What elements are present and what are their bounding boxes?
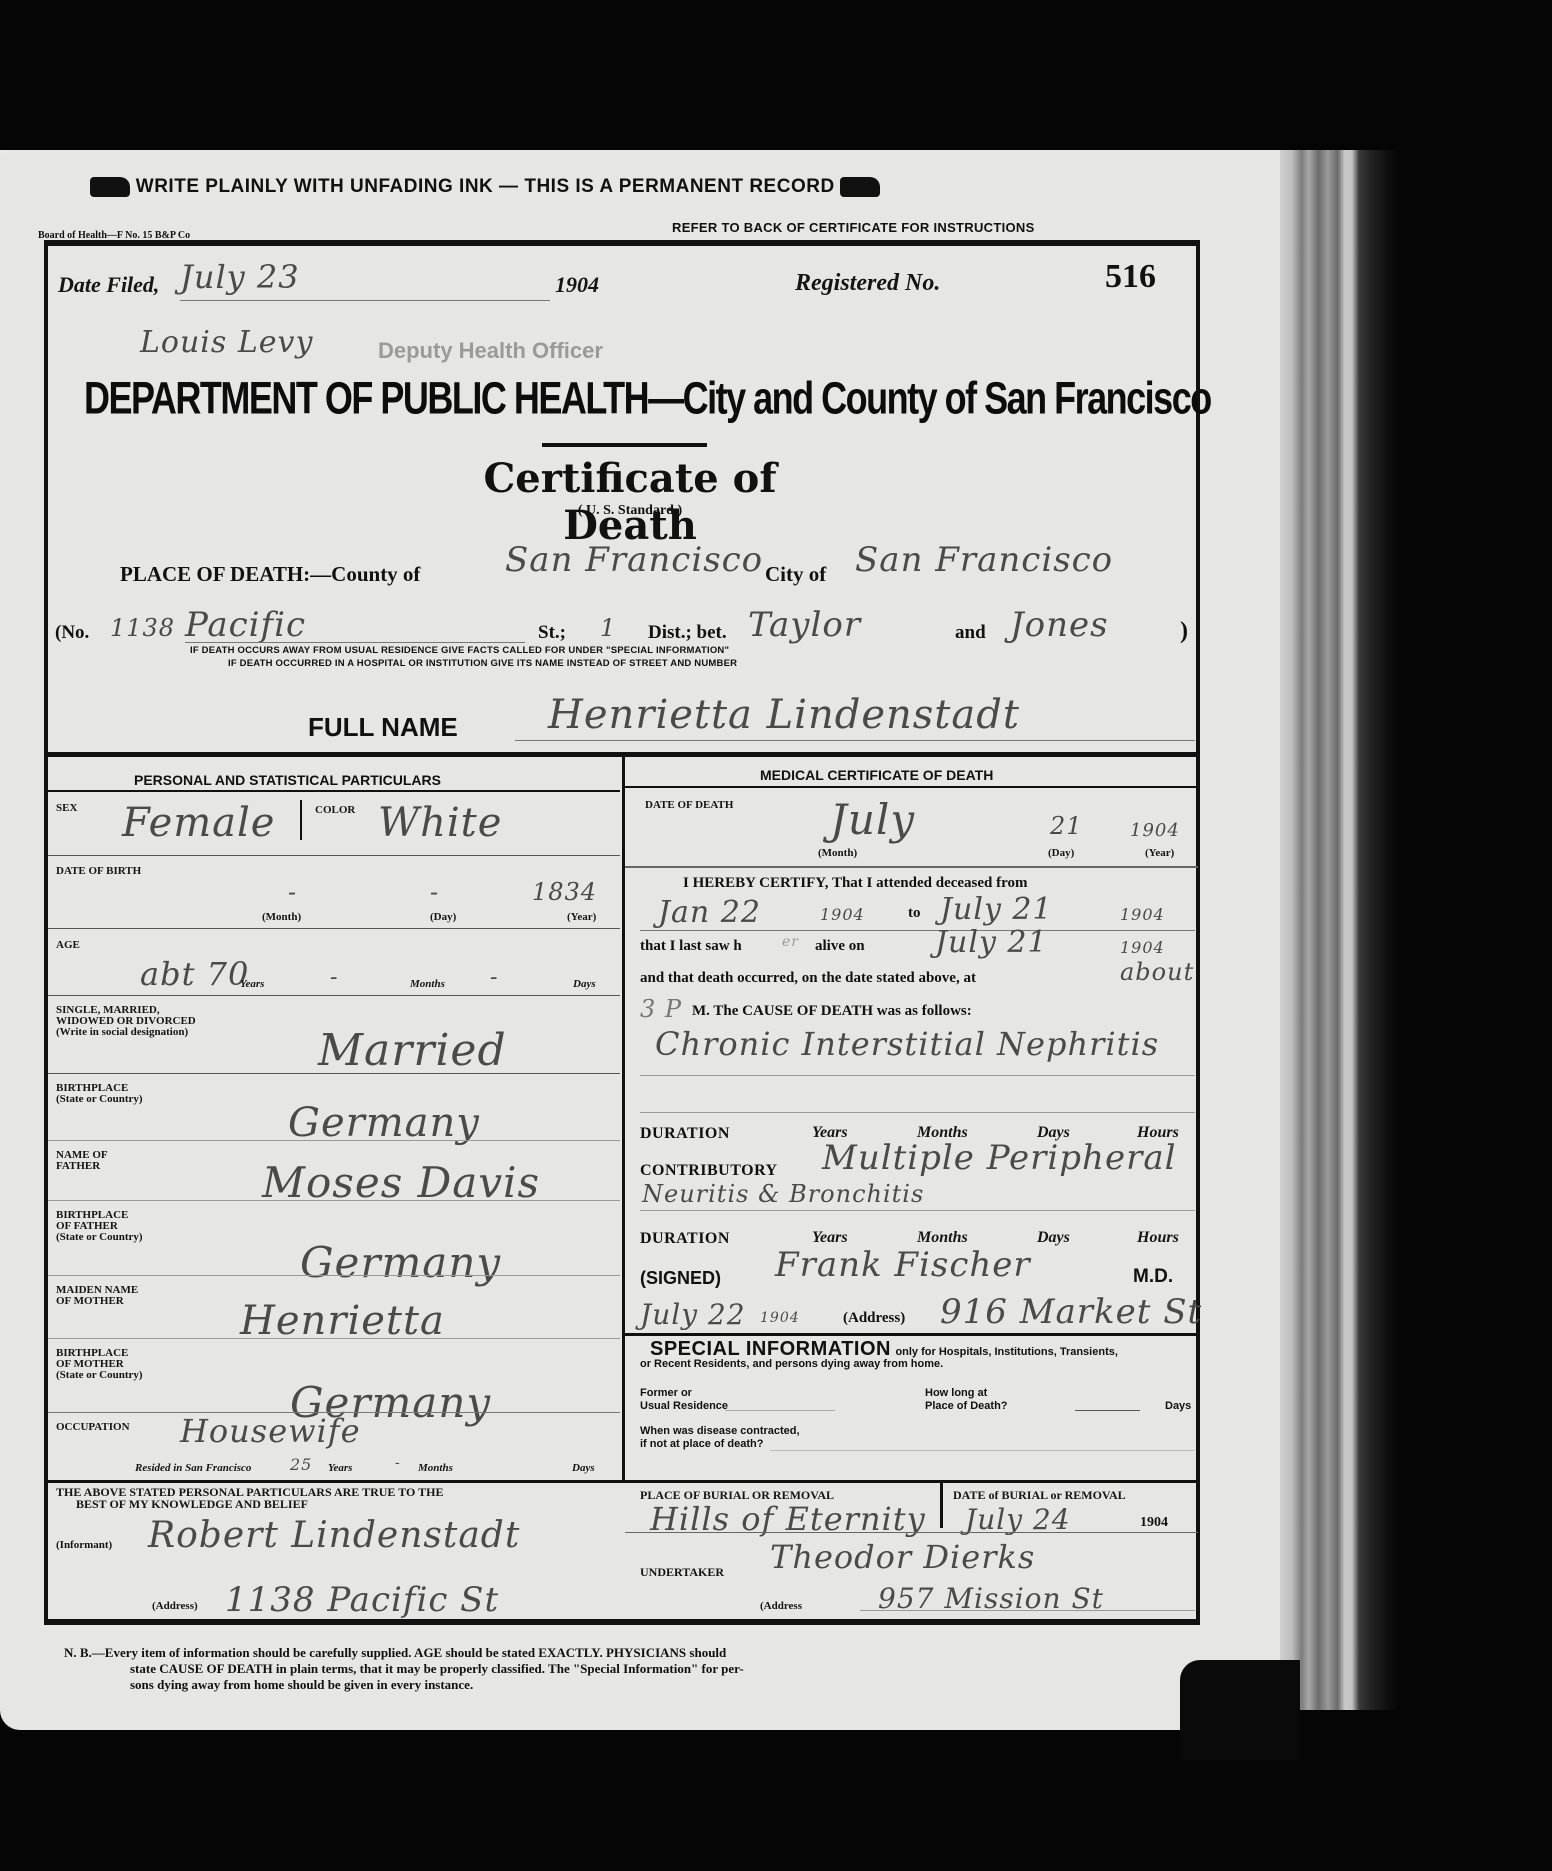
informant-address-label: (Address) — [152, 1601, 198, 1612]
death-month-caption: (Month) — [818, 848, 857, 859]
city-value: San Francisco — [855, 540, 1113, 580]
city-label: City of — [765, 562, 826, 587]
date-filed-value: July 23 — [180, 258, 300, 296]
informant-address: 1138 Pacific St — [225, 1580, 499, 1620]
special-info-subtitle-2: or Recent Residents, and persons dying a… — [640, 1358, 943, 1370]
pointing-hand-icon — [90, 177, 130, 197]
dob-year-caption: (Year) — [567, 912, 596, 923]
dist-label: Dist.; bet. — [648, 622, 727, 644]
age-days-caption: Days — [573, 978, 596, 990]
undertaker-address-label: (Address — [760, 1601, 802, 1612]
resided-years-caption: Years — [328, 1462, 352, 1474]
resided-days-caption: Days — [572, 1462, 595, 1474]
footer-note: N. B.—Every item of information should b… — [64, 1645, 744, 1693]
color-value: White — [378, 800, 502, 846]
contributory-1: Multiple Peripheral — [822, 1138, 1176, 1178]
age-months-caption: Months — [410, 978, 445, 990]
resided-years: 25 — [290, 1455, 312, 1474]
officer-title: Deputy Health Officer — [378, 338, 603, 364]
physician-address: 916 Market St — [940, 1292, 1202, 1332]
registered-number: 516 — [1105, 258, 1156, 296]
attended-from: Jan 22 — [658, 895, 761, 930]
full-name-value: Henrietta Lindenstadt — [548, 692, 1020, 738]
street-name: Pacific — [185, 605, 306, 645]
age-years: abt 70 — [140, 955, 249, 993]
place-note-1: IF DEATH OCCURS AWAY FROM USUAL RESIDENC… — [190, 645, 729, 656]
dob-month: - — [288, 878, 297, 906]
certificate-title: Certificate of Death — [430, 455, 830, 549]
age-years-caption: Years — [240, 978, 264, 990]
dob-day: - — [430, 878, 439, 906]
dob-year: 1834 — [532, 878, 597, 906]
footer-note-1: N. B.—Every item of information should b… — [64, 1645, 744, 1661]
death-year-caption: (Year) — [1145, 848, 1174, 859]
last-saw-pronoun: er — [782, 934, 799, 950]
burial-year: 1904 — [1140, 1515, 1168, 1531]
duration-days-caption-2: Days — [1037, 1229, 1070, 1247]
officer-signature: Louis Levy — [140, 325, 313, 360]
occupation-label: OCCUPATION — [56, 1422, 130, 1433]
between-street-2: Jones — [1010, 605, 1109, 645]
father-birthplace-label-3: (State or Country) — [56, 1232, 143, 1243]
dob-month-caption: (Month) — [262, 912, 301, 923]
alive-on-label: alive on — [815, 938, 865, 955]
between-street-1: Taylor — [748, 605, 861, 645]
close-paren: ) — [1180, 618, 1188, 645]
marital-label-3: (Write in social designation) — [56, 1027, 188, 1038]
undertaker-name: Theodor Dierks — [770, 1538, 1035, 1576]
how-long-label: How long at Place of Death? — [925, 1387, 1008, 1413]
signed-label: (SIGNED) — [640, 1268, 721, 1289]
age-months: - — [330, 965, 338, 990]
top-notice: WRITE PLAINLY WITH UNFADING INK — THIS I… — [90, 176, 880, 198]
duration-label-2: DURATION — [640, 1230, 730, 1248]
time-prefix: about — [1120, 958, 1194, 986]
last-saw-year: 1904 — [1120, 938, 1165, 957]
district-value: 1 — [600, 614, 616, 642]
certificate-subtitle: ( U. S. Standard ) — [430, 503, 830, 519]
md-label: M.D. — [1133, 1266, 1173, 1288]
time-value: 3 P — [640, 995, 682, 1023]
to-label: to — [908, 905, 921, 922]
pointing-hand-icon — [840, 177, 880, 197]
days-label: Days — [1165, 1400, 1191, 1412]
street-number: 1138 — [110, 614, 175, 642]
signed-date: July 22 — [640, 1298, 746, 1331]
attended-to: July 21 — [940, 892, 1053, 927]
death-occurred-text: and that death occurred, on the date sta… — [640, 970, 976, 987]
department-heading: DEPARTMENT OF PUBLIC HEALTH—City and Cou… — [84, 372, 1211, 425]
informant-name: Robert Lindenstadt — [148, 1515, 520, 1556]
date-filed-year: 1904 — [555, 272, 599, 298]
death-day-caption: (Day) — [1048, 848, 1074, 859]
burial-date-label: DATE of BURIAL or REMOVAL — [953, 1490, 1126, 1501]
death-month: July — [830, 795, 915, 844]
date-filed-label: Date Filed, — [58, 272, 159, 298]
father-birthplace: Germany — [300, 1238, 501, 1287]
book-binding-edge — [1280, 150, 1400, 1710]
and-label: and — [955, 622, 986, 644]
physician-signature: Frank Fischer — [775, 1245, 1031, 1285]
duration-hours-caption-2: Hours — [1137, 1229, 1179, 1247]
county-value: San Francisco — [505, 540, 763, 580]
date-of-death-label: DATE OF DEATH — [645, 800, 733, 811]
attended-from-year: 1904 — [820, 905, 865, 924]
informant-statement-2: BEST OF MY KNOWLEDGE AND BELIEF — [76, 1499, 308, 1510]
special-info-title: SPECIAL INFORMATION — [650, 1338, 891, 1360]
resided-months: - — [395, 1455, 401, 1471]
resided-label: Resided in San Francisco — [135, 1462, 251, 1474]
former-residence-label: Former or Usual Residence — [640, 1387, 728, 1413]
medical-section-title: MEDICAL CERTIFICATE OF DEATH — [760, 767, 993, 783]
last-saw-label: that I last saw h — [640, 938, 742, 955]
instructions-ref: REFER TO BACK OF CERTIFICATE FOR INSTRUC… — [672, 220, 1035, 235]
footer-note-2: state CAUSE OF DEATH in plain terms, tha… — [64, 1661, 744, 1677]
sex-value: Female — [122, 800, 275, 846]
resided-months-caption: Months — [418, 1462, 453, 1474]
place-of-death-label: PLACE OF DEATH:—County of — [120, 562, 420, 587]
death-year: 1904 — [1130, 820, 1180, 841]
contributory-label: CONTRIBUTORY — [640, 1162, 778, 1180]
book-cover-shadow — [1180, 1660, 1300, 1760]
death-day: 21 — [1050, 812, 1083, 840]
personal-section-title: PERSONAL AND STATISTICAL PARTICULARS — [134, 772, 441, 788]
physician-address-label: (Address) — [843, 1310, 905, 1327]
dob-day-caption: (Day) — [430, 912, 456, 923]
place-note-2: IF DEATH OCCURRED IN A HOSPITAL OR INSTI… — [228, 658, 737, 669]
cause-intro: M. The CAUSE OF DEATH was as follows: — [692, 1003, 972, 1020]
attended-to-year: 1904 — [1120, 905, 1165, 924]
dob-label: DATE OF BIRTH — [56, 866, 141, 877]
birthplace-label-2: (State or Country) — [56, 1094, 143, 1105]
registered-label: Registered No. — [795, 270, 940, 297]
age-days: - — [490, 965, 498, 990]
contributory-2: Neuritis & Bronchitis — [642, 1180, 924, 1208]
mother-label-2: OF MOTHER — [56, 1296, 124, 1307]
sex-label: SEX — [56, 803, 77, 814]
last-saw-date: July 21 — [935, 925, 1048, 960]
contracted-label: When was disease contracted, if not at p… — [640, 1425, 800, 1451]
signed-year: 1904 — [760, 1310, 800, 1326]
duration-label-1: DURATION — [640, 1125, 730, 1143]
marital-value: Married — [318, 1025, 507, 1076]
special-info-subtitle-1: only for Hospitals, Institutions, Transi… — [895, 1346, 1117, 1358]
street-no-label: (No. — [55, 622, 89, 644]
color-label: COLOR — [315, 805, 355, 816]
father-label-2: FATHER — [56, 1161, 100, 1172]
footer-note-3: sons dying away from home should be give… — [64, 1677, 744, 1693]
age-label: AGE — [56, 940, 80, 951]
occupation-value: Housewife — [180, 1412, 361, 1450]
informant-label: (Informant) — [56, 1540, 112, 1551]
undertaker-label: UNDERTAKER — [640, 1567, 724, 1578]
st-label: St.; — [538, 622, 566, 644]
cause-of-death: Chronic Interstitial Nephritis — [655, 1025, 1159, 1063]
mother-birthplace-label-3: (State or Country) — [56, 1370, 143, 1381]
certify-text: I HEREBY CERTIFY, That I attended deceas… — [683, 875, 1028, 892]
full-name-label: FULL NAME — [308, 712, 458, 743]
